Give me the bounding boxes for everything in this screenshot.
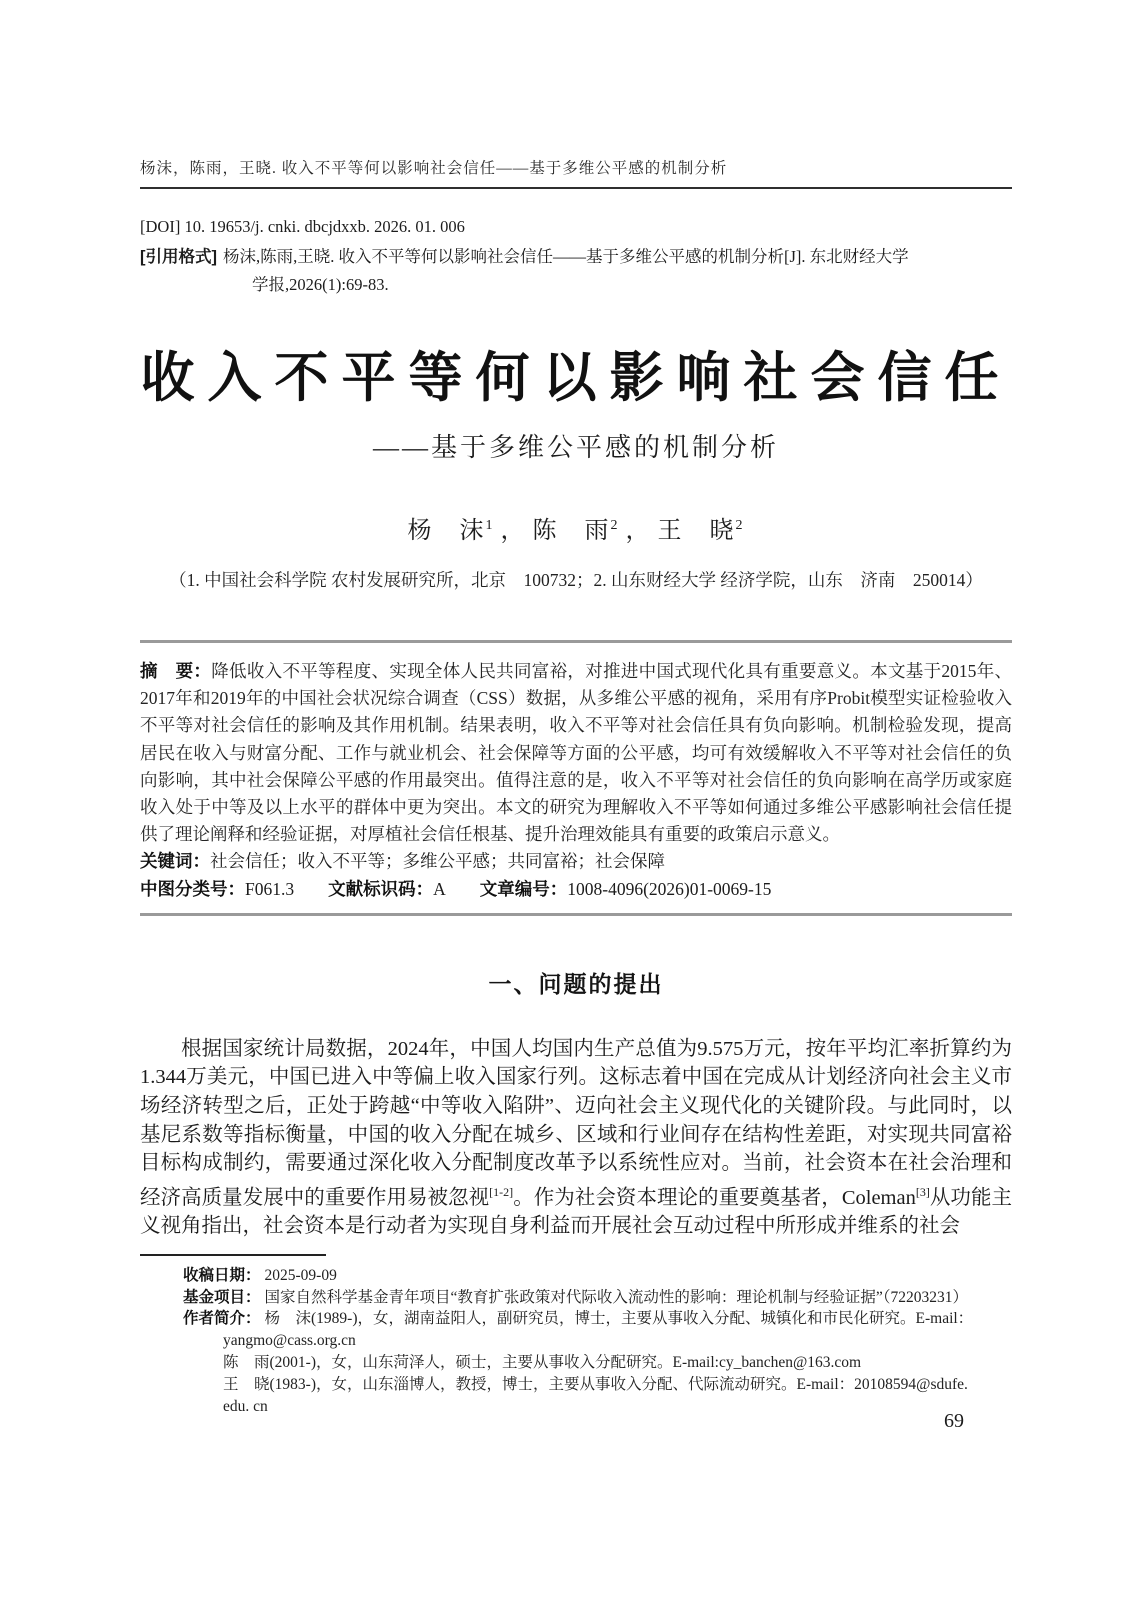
citation-block: [引用格式]杨沫,陈雨,王晓. 收入不平等何以影响社会信任——基于多维公平感的机… — [140, 243, 1012, 299]
abstract-bottom-divider — [140, 913, 1012, 916]
classification-line: 中图分类号：F061.3文献标识码：A文章编号：1008-4096(2026)0… — [140, 876, 1012, 903]
abstract-paragraph: 摘 要：降低收入不平等程度、实现全体人民共同富裕，对推进中国式现代化具有重要意义… — [140, 658, 1012, 848]
author-1-affil-mark: 1 — [486, 518, 495, 533]
footnote-text: 王 晓(1983-)，女，山东淄博人，教授，博士，主要从事收入分配、代际流动研究… — [223, 1376, 968, 1393]
abstract-top-divider — [140, 640, 1012, 643]
journal-page: 杨沫，陈雨，王晓. 收入不平等何以影响社会信任——基于多维公平感的机制分析 [D… — [0, 0, 1140, 1600]
running-head: 杨沫，陈雨，王晓. 收入不平等何以影响社会信任——基于多维公平感的机制分析 — [140, 156, 1012, 178]
author-line: 杨 沫1，陈 雨2，王 晓2 — [140, 510, 1012, 545]
footnote-author-bio-2: 陈 雨(2001-)，女，山东菏泽人，硕士，主要从事收入分配研究。E-mail:… — [183, 1352, 1012, 1374]
footnote-label: 基金项目： — [183, 1289, 261, 1306]
footnote-text: 国家自然科学基金青年项目“教育扩张政策对代际收入流动性的影响：理论机制与经验证据… — [265, 1289, 969, 1306]
footnote-author-bio-3-cont: edu. cn — [183, 1396, 1012, 1418]
doi-line: [DOI] 10. 19653/j. cnki. dbcjdxxb. 2026.… — [140, 217, 1012, 237]
footnote-divider — [140, 1254, 326, 1256]
keywords-line: 关键词：社会信任；收入不平等；多维公平感；共同富裕；社会保障 — [140, 848, 1012, 875]
citation-text: 杨沫,陈雨,王晓. 收入不平等何以影响社会信任——基于多维公平感的机制分析[J]… — [223, 247, 909, 266]
clc-value: F061.3 — [245, 879, 294, 899]
article-subtitle: ——基于多维公平感的机制分析 — [140, 427, 1012, 464]
article-id-label: 文章编号： — [480, 879, 568, 899]
article-id-value: 1008-4096(2026)01-0069-15 — [567, 879, 771, 899]
doc-code-value: A — [433, 879, 446, 899]
body-text: 根据国家统计局数据，2024年，中国人均国内生产总值为9.575万元，按年平均汇… — [140, 1038, 1012, 1209]
footnote-text: edu. cn — [223, 1398, 268, 1415]
body-text: 。作为社会资本理论的重要奠基者，Coleman — [513, 1187, 916, 1209]
author-separator: ， — [501, 518, 527, 544]
author-2-affil-mark: 2 — [611, 518, 620, 533]
abstract-text: 降低收入不平等程度、实现全体人民共同富裕，对推进中国式现代化具有重要意义。本文基… — [140, 661, 1012, 844]
author-separator: ， — [626, 518, 652, 544]
footnote-author-email-1: yangmo@cass.org.cn — [183, 1330, 1012, 1352]
footnote-author-bio-1: 作者简介：杨 沫(1989-)，女，湖南益阳人，副研究员，博士，主要从事收入分配… — [183, 1308, 1012, 1330]
citation-line1: [引用格式]杨沫,陈雨,王晓. 收入不平等何以影响社会信任——基于多维公平感的机… — [140, 243, 1012, 271]
abstract-label: 摘 要： — [140, 661, 211, 681]
keywords-label: 关键词： — [140, 851, 210, 871]
footnote-label: 收稿日期： — [183, 1267, 261, 1284]
footnote-author-bio-3: 王 晓(1983-)，女，山东淄博人，教授，博士，主要从事收入分配、代际流动研究… — [183, 1374, 1012, 1396]
author-3: 王 晓 — [658, 518, 736, 544]
keywords-text: 社会信任；收入不平等；多维公平感；共同富裕；社会保障 — [210, 851, 665, 871]
footnote-text: 杨 沫(1989-)，女，湖南益阳人，副研究员，博士，主要从事收入分配、城镇化和… — [265, 1310, 974, 1327]
body-paragraph-1: 根据国家统计局数据，2024年，中国人均国内生产总值为9.575万元，按年平均汇… — [140, 1035, 1012, 1241]
clc-pair: 中图分类号：F061.3 — [140, 879, 294, 899]
reference-mark: [1-2] — [489, 1185, 513, 1199]
reference-mark: [3] — [916, 1185, 930, 1199]
author-3-affil-mark: 2 — [736, 518, 745, 533]
footnote-block: 收稿日期：2025-09-09 基金项目：国家自然科学基金青年项目“教育扩张政策… — [183, 1265, 1012, 1418]
page-number: 69 — [944, 1410, 964, 1433]
footnote-received-date: 收稿日期：2025-09-09 — [183, 1265, 1012, 1287]
footnote-text: 2025-09-09 — [265, 1267, 337, 1284]
citation-line2: 学报,2026(1):69-83. — [140, 271, 1012, 299]
doc-code-label: 文献标识码： — [328, 879, 433, 899]
doc-code-pair: 文献标识码：A — [328, 879, 446, 899]
clc-label: 中图分类号： — [140, 879, 245, 899]
author-2: 陈 雨 — [533, 518, 611, 544]
footnote-text: yangmo@cass.org.cn — [223, 1332, 356, 1349]
author-1: 杨 沫 — [408, 518, 486, 544]
running-head-divider — [140, 187, 1012, 189]
citation-format-label: [引用格式] — [140, 248, 217, 266]
footnote-funding: 基金项目：国家自然科学基金青年项目“教育扩张政策对代际收入流动性的影响：理论机制… — [183, 1287, 1012, 1309]
section-heading-1: 一、问题的提出 — [140, 966, 1012, 999]
page-content: 杨沫，陈雨，王晓. 收入不平等何以影响社会信任——基于多维公平感的机制分析 [D… — [140, 0, 1012, 1417]
article-id-pair: 文章编号：1008-4096(2026)01-0069-15 — [480, 879, 772, 899]
article-title: 收入不平等何以影响社会信任 — [140, 349, 1012, 407]
affiliation-line: （1. 中国社会科学院 农村发展研究所，北京 100732；2. 山东财经大学 … — [140, 567, 1012, 592]
footnote-label: 作者简介： — [183, 1310, 261, 1327]
footnote-text: 陈 雨(2001-)，女，山东菏泽人，硕士，主要从事收入分配研究。E-mail:… — [223, 1354, 861, 1371]
